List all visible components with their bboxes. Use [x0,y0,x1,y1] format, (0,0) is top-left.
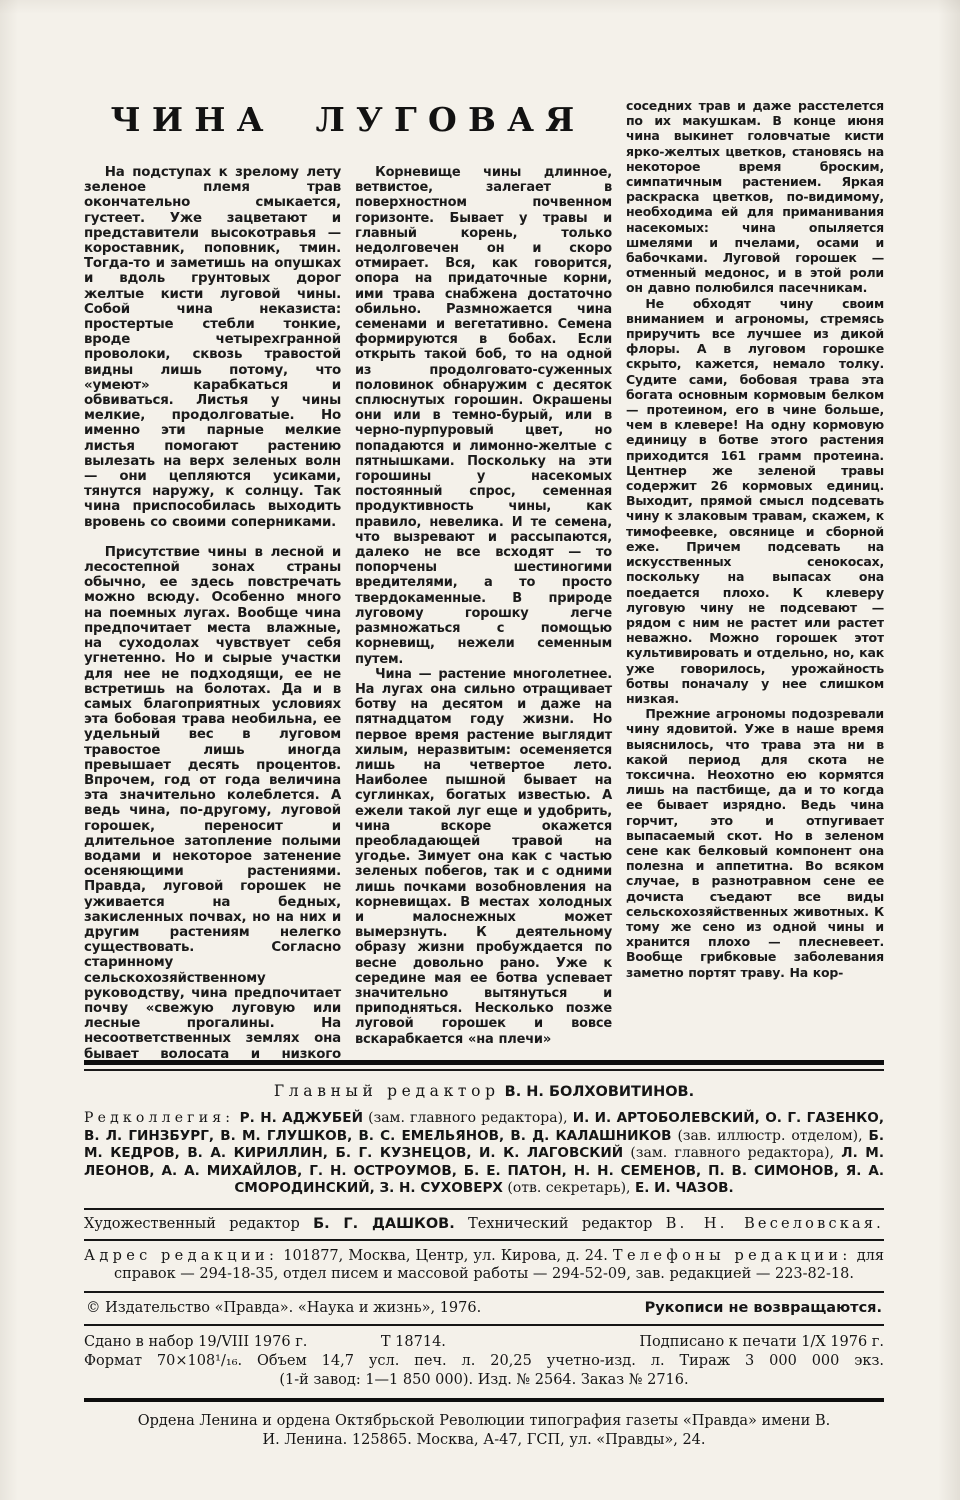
thick-rule-divider [84,1398,884,1402]
copyright-notice: © Издательство «Правда». «Наука и жизнь»… [86,1300,481,1316]
print-info: Сдано в набор 19/VIII 1976 г. Т 18714. П… [84,1326,884,1398]
scanned-magazine-page: { "colors": { "paper": "#f4f1ea", "ink":… [0,0,960,1500]
editorial-board-label: Редколлегия: [84,1110,234,1126]
column-2: Корневище чины длинное, ветвистое, залег… [355,165,612,1058]
print-info-row-3: (1-й завод: 1—1 850 000). Изд. № 2564. З… [84,1371,884,1390]
column-3: соседних трав и даже расстелется по их м… [626,96,884,1058]
page-content: ЧИНА ЛУГОВАЯ На подступах к зрелому лету… [84,96,884,1450]
article-left-section: ЧИНА ЛУГОВАЯ На подступах к зрелому лету… [84,96,612,1058]
board-names: Р. Н. АДЖУБЕЙ [234,1110,363,1126]
print-info-row-2: Формат 70×108¹/₁₆. Объем 14,7 усл. печ. … [84,1352,884,1371]
art-editor-name: Б. Г. ДАШКОВ. [313,1216,455,1232]
tech-editor-name: В. Н. Веселовская. [666,1216,884,1232]
paragraph: Не обходят чину своим вниманием и агроно… [626,296,884,706]
board-note: (зам. главного редактора), [623,1145,841,1161]
paragraph: Корневище чины длинное, ветвистое, залег… [355,165,612,667]
phones-label: Телефоны редакции: [613,1248,852,1264]
copyright-row: © Издательство «Правда». «Наука и жизнь»… [84,1293,884,1324]
paragraph: Присутствие чины в лесной и лесостепной … [84,545,341,1058]
address-text: 101877, Москва, Центр, ул. Кирова, д. 24… [278,1248,613,1264]
board-names: Е. И. ЧАЗОВ. [635,1180,734,1196]
editorial-address: Адрес редакции: 101877, Москва, Центр, у… [84,1241,884,1291]
typeset-date: Сдано в набор 19/VIII 1976 г. [84,1333,307,1352]
board-note: (зав. иллюстр. отделом), [672,1128,869,1144]
article-title: ЧИНА ЛУГОВАЯ [84,100,612,139]
printing-house: Ордена Ленина и ордена Октябрьской Револ… [132,1412,836,1450]
print-code: Т 18714. [381,1333,446,1352]
board-note: (зам. главного редактора), [363,1110,573,1126]
address-label: Адрес редакции: [84,1248,278,1264]
column-1: На подступах к зрелому лету зеленое плем… [84,165,341,1058]
paragraph: Чина — растение многолетнее. На лугах он… [355,667,612,1047]
chief-editor-line: Главный редактор В. Н. БОЛХОВИТИНОВ. [84,1082,884,1100]
masthead: Главный редактор В. Н. БОЛХОВИТИНОВ. Ред… [84,1060,884,1450]
signed-to-print-date: Подписано к печати 1/X 1976 г. [639,1333,884,1352]
board-note: (отв. секретарь), [503,1180,635,1196]
editors-line: Художественный редактор Б. Г. ДАШКОВ. Те… [84,1210,884,1239]
tech-editor-label: Технический редактор [468,1216,652,1232]
paragraph-continuation: соседних трав и даже расстелется по их м… [626,98,884,296]
print-info-row-1: Сдано в набор 19/VIII 1976 г. Т 18714. П… [84,1333,884,1352]
paragraph: На подступах к зрелому лету зеленое плем… [84,165,341,530]
article-two-columns: На подступах к зрелому лету зеленое плем… [84,165,612,1058]
chief-editor-label: Главный редактор [274,1082,500,1100]
manuscripts-notice: Рукописи не возвращаются. [645,1300,882,1316]
article: ЧИНА ЛУГОВАЯ На подступах к зрелому лету… [84,96,884,1058]
double-rule-divider [84,1060,884,1071]
art-editor-label: Художественный редактор [84,1216,300,1232]
chief-editor-name: В. Н. БОЛХОВИТИНОВ. [505,1084,694,1100]
editorial-board: Редколлегия: Р. Н. АДЖУБЕЙ (зам. главног… [84,1110,884,1198]
paragraph: Прежние агрономы подозревали чину ядовит… [626,706,884,980]
